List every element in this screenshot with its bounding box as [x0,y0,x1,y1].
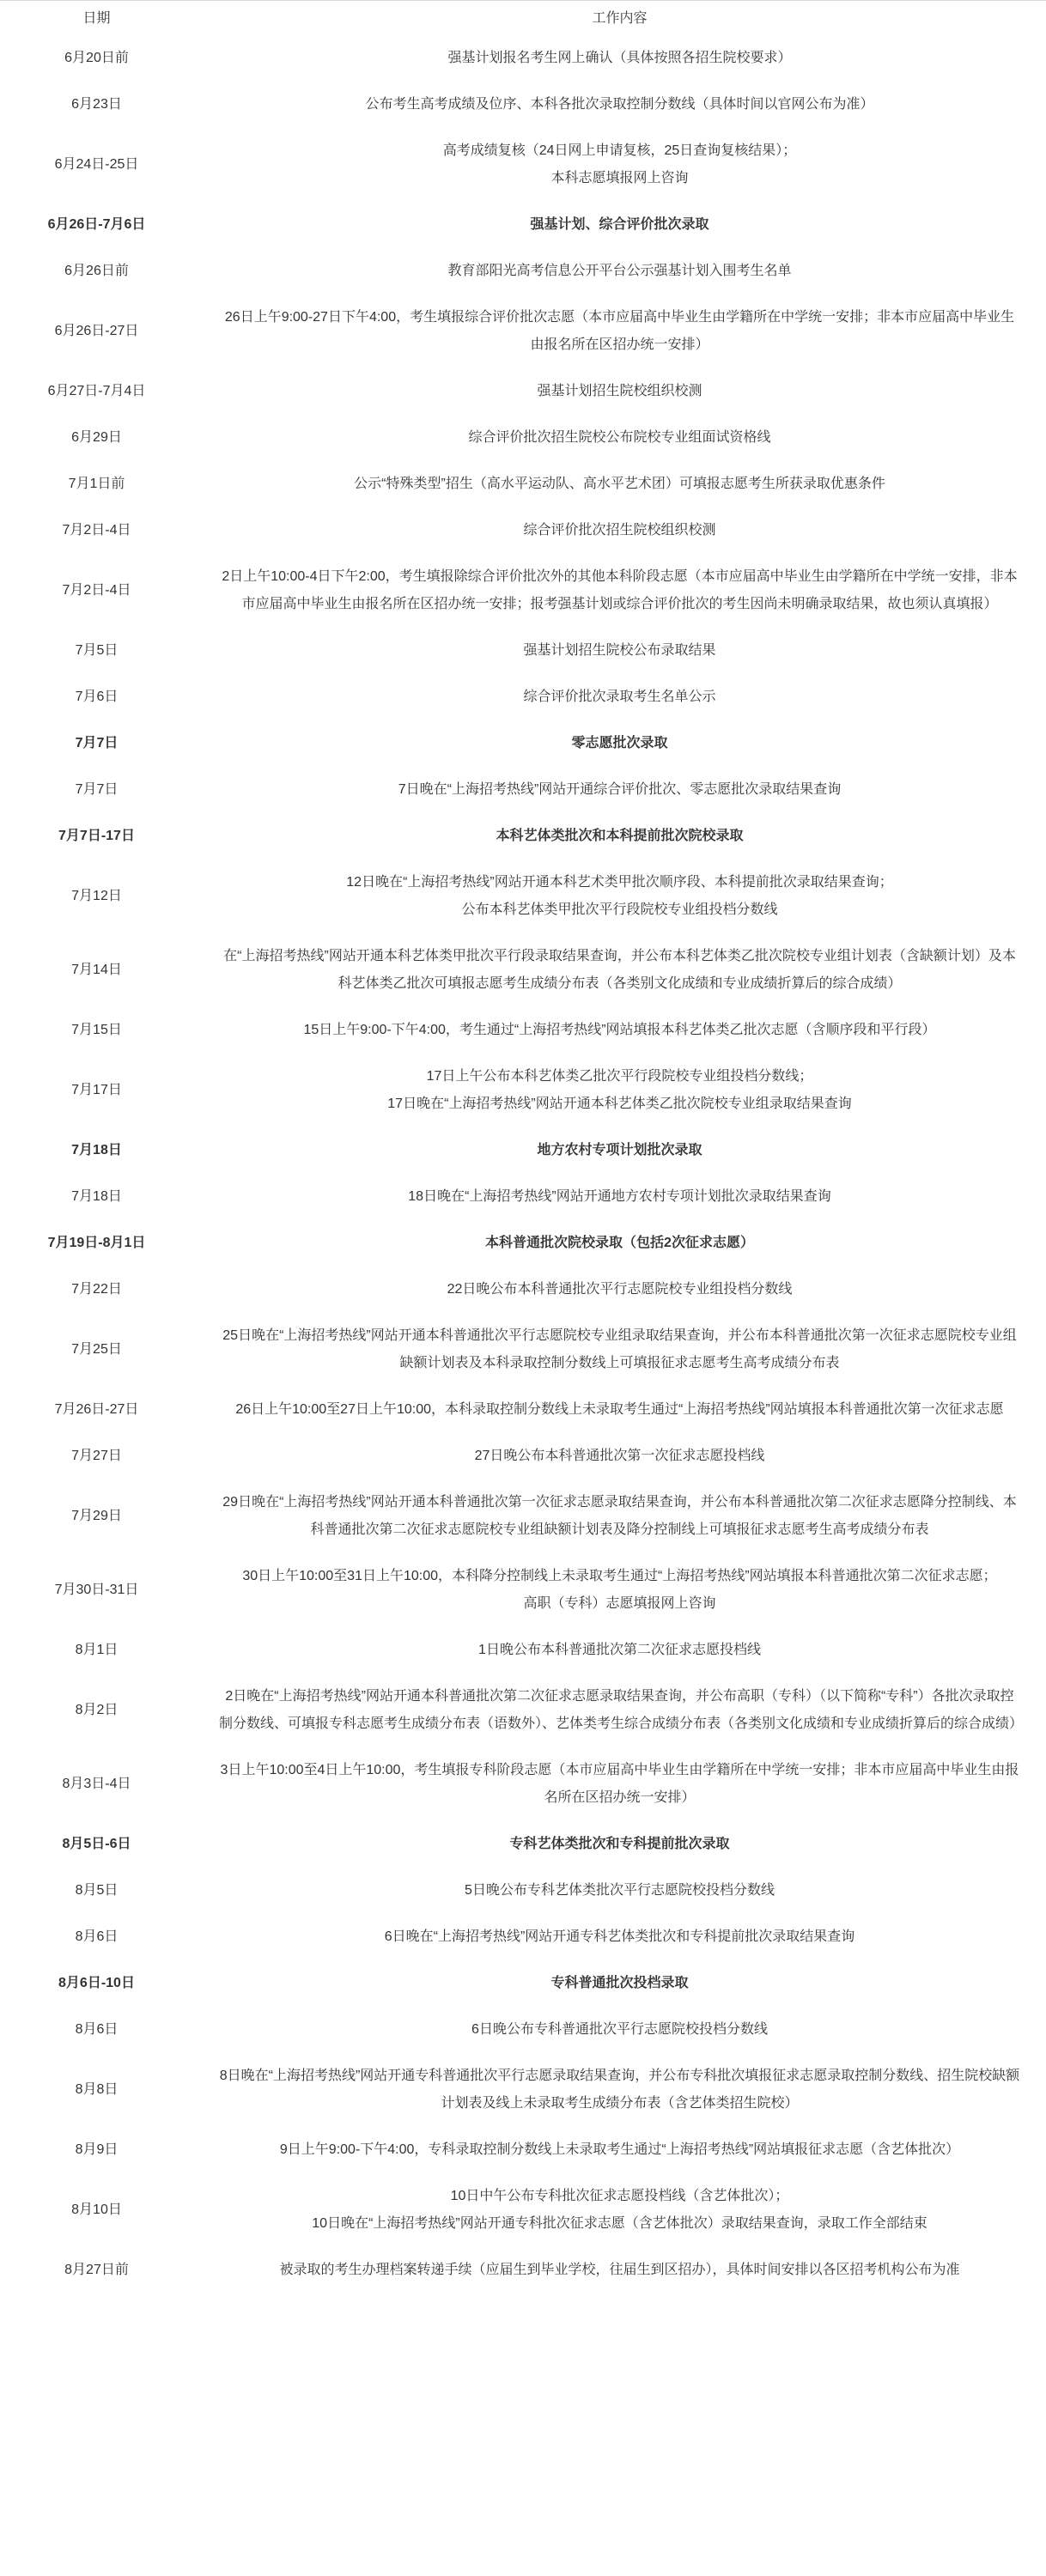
table-row: 7月22日 22日晚公布本科普通批次平行志愿院校专业组投档分数线 [0,1267,1046,1313]
row-date: 7月18日 [0,1174,193,1220]
table-row: 7月7日 零志愿批次录取 [0,720,1046,767]
row-content: 公布考生高考成绩及位序、本科各批次录取控制分数线（具体时间以官网公布为准） [193,82,1046,128]
content-line: 教育部阳光高考信息公开平台公示强基计划入围考生名单 [219,258,1020,285]
row-date: 8月8日 [0,2053,193,2127]
content-line: 30日上午10:00至31日上午10:00，本科降分控制线上未录取考生通过“上海… [219,1563,1020,1590]
content-line: 6日晚公布专科普通批次平行志愿院校投档分数线 [219,2016,1020,2044]
table-row: 8月8日 8日晚在“上海招考热线”网站开通专科普通批次平行志愿录取结果查询，并公… [0,2053,1046,2127]
row-content: 10日中午公布专科批次征求志愿投档线（含艺体批次）；10日晚在“上海招考热线”网… [193,2173,1046,2247]
row-date: 6月26日-7月6日 [0,202,193,248]
table-row: 8月2日 2日晚在“上海招考热线”网站开通本科普通批次第二次征求志愿录取结果查询… [0,1674,1046,1747]
row-date: 6月24日-25日 [0,128,193,202]
content-line: 地方农村专项计划批次录取 [219,1137,1020,1164]
row-date: 8月3日-4日 [0,1747,193,1821]
row-date: 8月5日 [0,1868,193,1914]
content-column-header: 工作内容 [193,1,1046,35]
row-content: 2日晚在“上海招考热线”网站开通本科普通批次第二次征求志愿录取结果查询，并公布高… [193,1674,1046,1747]
content-line: 17日上午公布本科艺体类乙批次平行段院校专业组投档分数线； [219,1063,1020,1091]
content-line: 17日晚在“上海招考热线”网站开通本科艺体类乙批次院校专业组录取结果查询 [219,1091,1020,1118]
table-row: 8月27日前 被录取的考生办理档案转递手续（应届生到毕业学校，往届生到区招办），… [0,2247,1046,2293]
content-line: 公布考生高考成绩及位序、本科各批次录取控制分数线（具体时间以官网公布为准） [219,91,1020,118]
content-line: 综合评价批次录取考生名单公示 [219,683,1020,711]
table-row: 8月6日 6日晚公布专科普通批次平行志愿院校投档分数线 [0,2007,1046,2053]
table-row: 6月29日 综合评价批次招生院校公布院校专业组面试资格线 [0,415,1046,461]
table-row: 8月10日 10日中午公布专科批次征求志愿投档线（含艺体批次）；10日晚在“上海… [0,2173,1046,2247]
content-line: 26日上午10:00至27日上午10:00，本科录取控制分数线上未录取考生通过“… [219,1396,1020,1424]
row-content: 5日晚公布专科艺体类批次平行志愿院校投档分数线 [193,1868,1046,1914]
table-row: 7月27日 27日晚公布本科普通批次第一次征求志愿投档线 [0,1433,1046,1479]
table-row: 7月6日 综合评价批次录取考生名单公示 [0,674,1046,720]
content-line: 零志愿批次录取 [219,730,1020,757]
row-content: 零志愿批次录取 [193,720,1046,767]
row-date: 7月29日 [0,1479,193,1553]
content-line: 强基计划招生院校组织校测 [219,378,1020,405]
row-content: 7日晚在“上海招考热线”网站开通综合评价批次、零志愿批次录取结果查询 [193,767,1046,813]
row-content: 教育部阳光高考信息公开平台公示强基计划入围考生名单 [193,248,1046,295]
table-row: 8月6日-10日 专科普通批次投档录取 [0,1960,1046,2007]
content-line: 5日晚公布专科艺体类批次平行志愿院校投档分数线 [219,1877,1020,1905]
content-line: 公布本科艺体类甲批次平行段院校专业组投档分数线 [219,896,1020,924]
table-row: 6月26日前 教育部阳光高考信息公开平台公示强基计划入围考生名单 [0,248,1046,295]
table-header-row: 日期 工作内容 [0,1,1046,35]
row-date: 7月5日 [0,628,193,674]
table-row: 8月5日 5日晚公布专科艺体类批次平行志愿院校投档分数线 [0,1868,1046,1914]
row-date: 7月14日 [0,933,193,1007]
admission-schedule-table: 日期 工作内容 6月20日前 强基计划报名考生网上确认（具体按照各招生院校要求）… [0,0,1046,2293]
row-content: 综合评价批次招生院校公布院校专业组面试资格线 [193,415,1046,461]
row-date: 7月18日 [0,1127,193,1174]
row-content: 综合评价批次录取考生名单公示 [193,674,1046,720]
row-date: 7月2日-4日 [0,507,193,554]
table-body: 6月20日前 强基计划报名考生网上确认（具体按照各招生院校要求） 6月23日 公… [0,35,1046,2293]
content-line: 在“上海招考热线”网站开通本科艺体类甲批次平行段录取结果查询，并公布本科艺体类乙… [219,943,1020,998]
content-line: 22日晚公布本科普通批次平行志愿院校专业组投档分数线 [219,1276,1020,1303]
row-date: 6月23日 [0,82,193,128]
content-line: 强基计划、综合评价批次录取 [219,211,1020,239]
row-content: 本科普通批次院校录取（包括2次征求志愿） [193,1220,1046,1267]
table-row: 7月5日 强基计划招生院校公布录取结果 [0,628,1046,674]
row-content: 本科艺体类批次和本科提前批次院校录取 [193,813,1046,860]
content-line: 本科普通批次院校录取（包括2次征求志愿） [219,1230,1020,1257]
content-line: 1日晚公布本科普通批次第二次征求志愿投档线 [219,1637,1020,1664]
row-content: 30日上午10:00至31日上午10:00，本科降分控制线上未录取考生通过“上海… [193,1553,1046,1627]
table-row: 6月24日-25日 高考成绩复核（24日网上申请复核，25日查询复核结果）；本科… [0,128,1046,202]
table-row: 7月19日-8月1日 本科普通批次院校录取（包括2次征求志愿） [0,1220,1046,1267]
row-content: 6日晚在“上海招考热线”网站开通专科艺体类批次和专科提前批次录取结果查询 [193,1914,1046,1960]
row-content: 公示“特殊类型”招生（高水平运动队、高水平艺术团）可填报志愿考生所获录取优惠条件 [193,461,1046,507]
table-row: 8月1日 1日晚公布本科普通批次第二次征求志愿投档线 [0,1627,1046,1674]
table-row: 6月20日前 强基计划报名考生网上确认（具体按照各招生院校要求） [0,35,1046,82]
row-date: 8月1日 [0,1627,193,1674]
row-content: 15日上午9:00-下午4:00，考生通过“上海招考热线”网站填报本科艺体类乙批… [193,1007,1046,1054]
table-row: 7月17日 17日上午公布本科艺体类乙批次平行段院校专业组投档分数线；17日晚在… [0,1054,1046,1127]
row-date: 8月9日 [0,2127,193,2173]
row-date: 8月10日 [0,2173,193,2247]
content-line: 高职（专科）志愿填报网上咨询 [219,1590,1020,1618]
table-row: 6月26日-27日 26日上午9:00-27日下午4:00，考生填报综合评价批次… [0,295,1046,368]
row-date: 7月22日 [0,1267,193,1313]
content-line: 被录取的考生办理档案转递手续（应届生到毕业学校，往届生到区招办），具体时间安排以… [219,2257,1020,2284]
table-row: 7月14日 在“上海招考热线”网站开通本科艺体类甲批次平行段录取结果查询，并公布… [0,933,1046,1007]
content-line: 综合评价批次招生院校公布院校专业组面试资格线 [219,424,1020,452]
row-content: 8日晚在“上海招考热线”网站开通专科普通批次平行志愿录取结果查询，并公布专科批次… [193,2053,1046,2127]
content-line: 3日上午10:00至4日上午10:00，考生填报专科阶段志愿（本市应届高中毕业生… [219,1757,1020,1812]
table-row: 7月1日前 公示“特殊类型”招生（高水平运动队、高水平艺术团）可填报志愿考生所获… [0,461,1046,507]
row-date: 6月26日前 [0,248,193,295]
content-line: 15日上午9:00-下午4:00，考生通过“上海招考热线”网站填报本科艺体类乙批… [219,1017,1020,1044]
table-row: 7月25日 25日晚在“上海招考热线”网站开通本科普通批次平行志愿院校专业组录取… [0,1313,1046,1387]
row-date: 8月27日前 [0,2247,193,2293]
row-content: 地方农村专项计划批次录取 [193,1127,1046,1174]
row-date: 7月7日-17日 [0,813,193,860]
row-content: 26日上午10:00至27日上午10:00，本科录取控制分数线上未录取考生通过“… [193,1387,1046,1433]
content-line: 6日晚在“上海招考热线”网站开通专科艺体类批次和专科提前批次录取结果查询 [219,1923,1020,1951]
table-row: 8月9日 9日上午9:00-下午4:00，专科录取控制分数线上未录取考生通过“上… [0,2127,1046,2173]
content-line: 2日晚在“上海招考热线”网站开通本科普通批次第二次征求志愿录取结果查询，并公布高… [219,1683,1020,1738]
table-row: 7月18日 地方农村专项计划批次录取 [0,1127,1046,1174]
table-row: 7月30日-31日 30日上午10:00至31日上午10:00，本科降分控制线上… [0,1553,1046,1627]
row-date: 7月2日-4日 [0,554,193,628]
row-content: 专科普通批次投档录取 [193,1960,1046,2007]
table-row: 7月29日 29日晚在“上海招考热线”网站开通本科普通批次第一次征求志愿录取结果… [0,1479,1046,1553]
row-content: 29日晚在“上海招考热线”网站开通本科普通批次第一次征求志愿录取结果查询，并公布… [193,1479,1046,1553]
content-line: 12日晚在“上海招考热线”网站开通本科艺术类甲批次顺序段、本科提前批次录取结果查… [219,869,1020,896]
row-content: 3日上午10:00至4日上午10:00，考生填报专科阶段志愿（本市应届高中毕业生… [193,1747,1046,1821]
content-line: 9日上午9:00-下午4:00，专科录取控制分数线上未录取考生通过“上海招考热线… [219,2136,1020,2164]
row-content: 25日晚在“上海招考热线”网站开通本科普通批次平行志愿院校专业组录取结果查询，并… [193,1313,1046,1387]
row-content: 高考成绩复核（24日网上申请复核，25日查询复核结果）；本科志愿填报网上咨询 [193,128,1046,202]
row-content: 6日晚公布专科普通批次平行志愿院校投档分数线 [193,2007,1046,2053]
content-line: 26日上午9:00-27日下午4:00，考生填报综合评价批次志愿（本市应届高中毕… [219,304,1020,359]
table-row: 7月7日-17日 本科艺体类批次和本科提前批次院校录取 [0,813,1046,860]
content-line: 18日晚在“上海招考热线”网站开通地方农村专项计划批次录取结果查询 [219,1183,1020,1211]
content-line: 10日晚在“上海招考热线”网站开通专科批次征求志愿（含艺体批次）录取结果查询，录… [219,2210,1020,2238]
row-date: 7月26日-27日 [0,1387,193,1433]
row-content: 在“上海招考热线”网站开通本科艺体类甲批次平行段录取结果查询，并公布本科艺体类乙… [193,933,1046,1007]
content-line: 29日晚在“上海招考热线”网站开通本科普通批次第一次征求志愿录取结果查询，并公布… [219,1489,1020,1544]
content-line: 27日晚公布本科普通批次第一次征求志愿投档线 [219,1443,1020,1470]
row-date: 7月7日 [0,720,193,767]
row-date: 8月6日 [0,2007,193,2053]
row-content: 强基计划报名考生网上确认（具体按照各招生院校要求） [193,35,1046,82]
row-date: 8月6日 [0,1914,193,1960]
row-content: 27日晚公布本科普通批次第一次征求志愿投档线 [193,1433,1046,1479]
row-date: 7月7日 [0,767,193,813]
table-row: 8月6日 6日晚在“上海招考热线”网站开通专科艺体类批次和专科提前批次录取结果查… [0,1914,1046,1960]
row-content: 强基计划招生院校公布录取结果 [193,628,1046,674]
content-line: 本科志愿填报网上咨询 [219,165,1020,192]
row-content: 1日晚公布本科普通批次第二次征求志愿投档线 [193,1627,1046,1674]
row-date: 6月29日 [0,415,193,461]
row-date: 6月26日-27日 [0,295,193,368]
row-content: 22日晚公布本科普通批次平行志愿院校专业组投档分数线 [193,1267,1046,1313]
table-row: 7月2日-4日 综合评价批次招生院校组织校测 [0,507,1046,554]
table-row: 8月5日-6日 专科艺体类批次和专科提前批次录取 [0,1821,1046,1868]
row-date: 8月6日-10日 [0,1960,193,2007]
content-line: 8日晚在“上海招考热线”网站开通专科普通批次平行志愿录取结果查询，并公布专科批次… [219,2063,1020,2117]
row-content: 被录取的考生办理档案转递手续（应届生到毕业学校，往届生到区招办），具体时间安排以… [193,2247,1046,2293]
content-line: 公示“特殊类型”招生（高水平运动队、高水平艺术团）可填报志愿考生所获录取优惠条件 [219,471,1020,498]
row-date: 8月2日 [0,1674,193,1747]
table-row: 6月27日-7月4日 强基计划招生院校组织校测 [0,368,1046,415]
row-date: 7月15日 [0,1007,193,1054]
content-line: 专科艺体类批次和专科提前批次录取 [219,1831,1020,1858]
row-content: 17日上午公布本科艺体类乙批次平行段院校专业组投档分数线；17日晚在“上海招考热… [193,1054,1046,1127]
table-row: 6月26日-7月6日 强基计划、综合评价批次录取 [0,202,1046,248]
row-date: 7月30日-31日 [0,1553,193,1627]
row-content: 强基计划、综合评价批次录取 [193,202,1046,248]
row-date: 8月5日-6日 [0,1821,193,1868]
row-content: 强基计划招生院校组织校测 [193,368,1046,415]
content-line: 10日中午公布专科批次征求志愿投档线（含艺体批次）； [219,2183,1020,2210]
row-content: 专科艺体类批次和专科提前批次录取 [193,1821,1046,1868]
table-row: 7月2日-4日 2日上午10:00-4日下午2:00，考生填报除综合评价批次外的… [0,554,1046,628]
table-row: 7月7日 7日晚在“上海招考热线”网站开通综合评价批次、零志愿批次录取结果查询 [0,767,1046,813]
table-row: 7月15日 15日上午9:00-下午4:00，考生通过“上海招考热线”网站填报本… [0,1007,1046,1054]
row-date: 7月25日 [0,1313,193,1387]
row-content: 2日上午10:00-4日下午2:00，考生填报除综合评价批次外的其他本科阶段志愿… [193,554,1046,628]
row-date: 7月27日 [0,1433,193,1479]
row-date: 7月19日-8月1日 [0,1220,193,1267]
row-content: 12日晚在“上海招考热线”网站开通本科艺术类甲批次顺序段、本科提前批次录取结果查… [193,860,1046,933]
row-content: 综合评价批次招生院校组织校测 [193,507,1046,554]
row-date: 6月20日前 [0,35,193,82]
row-content: 9日上午9:00-下午4:00，专科录取控制分数线上未录取考生通过“上海招考热线… [193,2127,1046,2173]
row-date: 7月1日前 [0,461,193,507]
content-line: 专科普通批次投档录取 [219,1970,1020,1997]
content-line: 7日晚在“上海招考热线”网站开通综合评价批次、零志愿批次录取结果查询 [219,776,1020,804]
content-line: 本科艺体类批次和本科提前批次院校录取 [219,823,1020,850]
table-row: 7月12日 12日晚在“上海招考热线”网站开通本科艺术类甲批次顺序段、本科提前批… [0,860,1046,933]
table-row: 7月26日-27日 26日上午10:00至27日上午10:00，本科录取控制分数… [0,1387,1046,1433]
content-line: 强基计划招生院校公布录取结果 [219,637,1020,665]
date-column-header: 日期 [0,1,193,35]
table-row: 8月3日-4日 3日上午10:00至4日上午10:00，考生填报专科阶段志愿（本… [0,1747,1046,1821]
content-line: 强基计划报名考生网上确认（具体按照各招生院校要求） [219,45,1020,72]
content-line: 综合评价批次招生院校组织校测 [219,517,1020,544]
row-date: 7月17日 [0,1054,193,1127]
row-date: 6月27日-7月4日 [0,368,193,415]
row-content: 18日晚在“上海招考热线”网站开通地方农村专项计划批次录取结果查询 [193,1174,1046,1220]
content-line: 25日晚在“上海招考热线”网站开通本科普通批次平行志愿院校专业组录取结果查询，并… [219,1322,1020,1377]
row-date: 7月12日 [0,860,193,933]
row-date: 7月6日 [0,674,193,720]
content-line: 2日上午10:00-4日下午2:00，考生填报除综合评价批次外的其他本科阶段志愿… [219,563,1020,618]
row-content: 26日上午9:00-27日下午4:00，考生填报综合评价批次志愿（本市应届高中毕… [193,295,1046,368]
table-row: 6月23日 公布考生高考成绩及位序、本科各批次录取控制分数线（具体时间以官网公布… [0,82,1046,128]
content-line: 高考成绩复核（24日网上申请复核，25日查询复核结果）； [219,137,1020,165]
table-row: 7月18日 18日晚在“上海招考热线”网站开通地方农村专项计划批次录取结果查询 [0,1174,1046,1220]
